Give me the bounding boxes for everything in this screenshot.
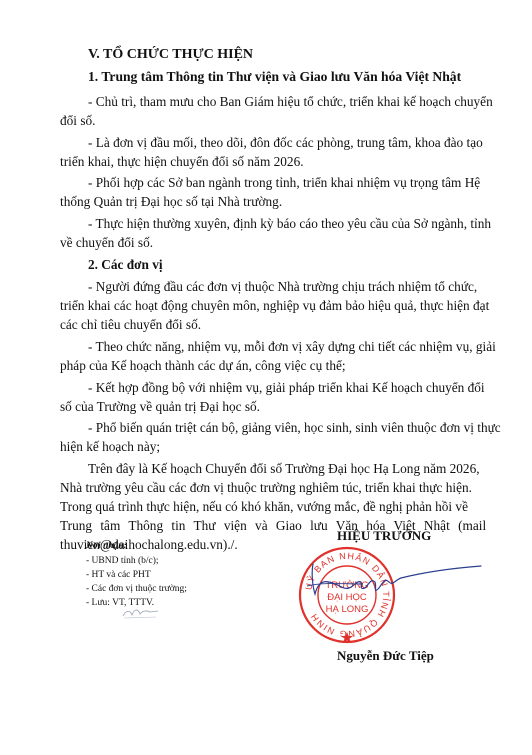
closing-line: Trong quá trình thực hiện, nếu có khó kh…: [60, 500, 468, 513]
section-heading: V. TỔ CHỨC THỰC HIỆN: [88, 48, 253, 62]
body-line: thống Quản trị Đại học số tại Nhà trường…: [60, 195, 282, 208]
subsection-2-title: 2. Các đơn vị: [88, 258, 163, 271]
body-line: - Thực hiện thường xuyên, định kỳ báo cá…: [88, 217, 491, 230]
recipient-item: - Các đơn vị thuộc trường;: [86, 585, 187, 595]
subsection-1-title: 1. Trung tâm Thông tin Thư viện và Giao …: [88, 70, 461, 84]
signer-name: Nguyễn Đức Tiệp: [337, 648, 434, 664]
body-line: - Là đơn vị đầu mối, theo dõi, đôn đốc c…: [88, 136, 483, 149]
body-line: - Phổ biến quán triệt cán bộ, giảng viên…: [88, 421, 501, 434]
body-line: - Phối hợp các Sở ban ngành trong tỉnh, …: [88, 176, 480, 189]
recipient-item: - UBND tỉnh (b/c);: [86, 557, 159, 567]
closing-line: Nhà trường yêu cầu các đơn vị thuộc trườ…: [60, 481, 472, 494]
recipients-label: Nơi nhận:: [86, 542, 127, 552]
body-line: - Kết hợp đồng bộ với nhiệm vụ, giải phá…: [88, 381, 485, 394]
closing-line: Trên đây là Kế hoạch Chuyển đổi số Trườn…: [88, 462, 480, 475]
body-line: pháp của Kế hoạch thành các dự án, công …: [60, 359, 346, 372]
body-line: hiện kế hoạch này;: [60, 440, 160, 453]
body-line: triển khai, thực hiện chuyển đổi số năm …: [60, 155, 304, 168]
initials-mark-icon: [120, 606, 160, 620]
recipient-item: - HT và các PHT: [86, 571, 151, 581]
body-line: - Người đứng đầu các đơn vị thuộc Nhà tr…: [88, 280, 477, 293]
body-line: triển khai các hoạt động chuyên môn, ngh…: [60, 299, 489, 312]
body-line: - Chủ trì, tham mưu cho Ban Giám hiệu tổ…: [88, 95, 493, 108]
body-line: số của Trường về quản trị Đại học số.: [60, 400, 260, 413]
body-line: đổi số.: [60, 114, 95, 127]
body-line: các chỉ tiêu chuyển đổi số.: [60, 318, 201, 331]
signature-title: HIỆU TRƯỞNG: [337, 528, 431, 544]
handwritten-signature-icon: [305, 560, 485, 610]
document-page: V. TỔ CHỨC THỰC HIỆN 1. Trung tâm Thông …: [0, 0, 532, 755]
body-line: - Theo chức năng, nhiệm vụ, mỗi đơn vị x…: [88, 340, 496, 353]
body-line: về chuyển đổi số.: [60, 236, 153, 249]
